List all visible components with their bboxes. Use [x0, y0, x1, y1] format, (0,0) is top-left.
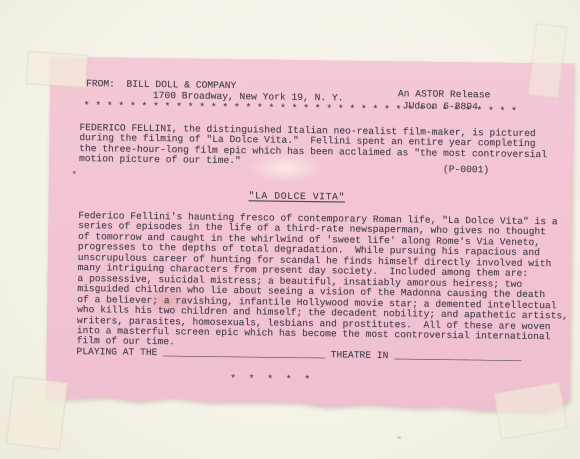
- footer-asterisks: * * * * *: [230, 374, 310, 386]
- synopsis-paragraph: Federico Fellini's haunting fresco of co…: [76, 211, 569, 364]
- photo-code: (P-0001): [443, 165, 489, 176]
- backdrop-speck: [397, 436, 401, 439]
- photo-backdrop: FROM:BILL DOLL & COMPANY 1700 Broadway, …: [0, 0, 580, 459]
- tape-bottom-left: [6, 376, 68, 450]
- company-name: BILL DOLL & COMPANY: [126, 79, 236, 91]
- release-credit: An ASTOR Release: [398, 89, 491, 101]
- tape-top-left: [26, 51, 88, 88]
- press-release-paper: FROM:BILL DOLL & COMPANY 1700 Broadway, …: [46, 57, 575, 416]
- film-title: "LA DOLCE VITA": [248, 191, 345, 203]
- from-label: FROM:: [86, 78, 115, 89]
- paper-speck: [73, 171, 76, 174]
